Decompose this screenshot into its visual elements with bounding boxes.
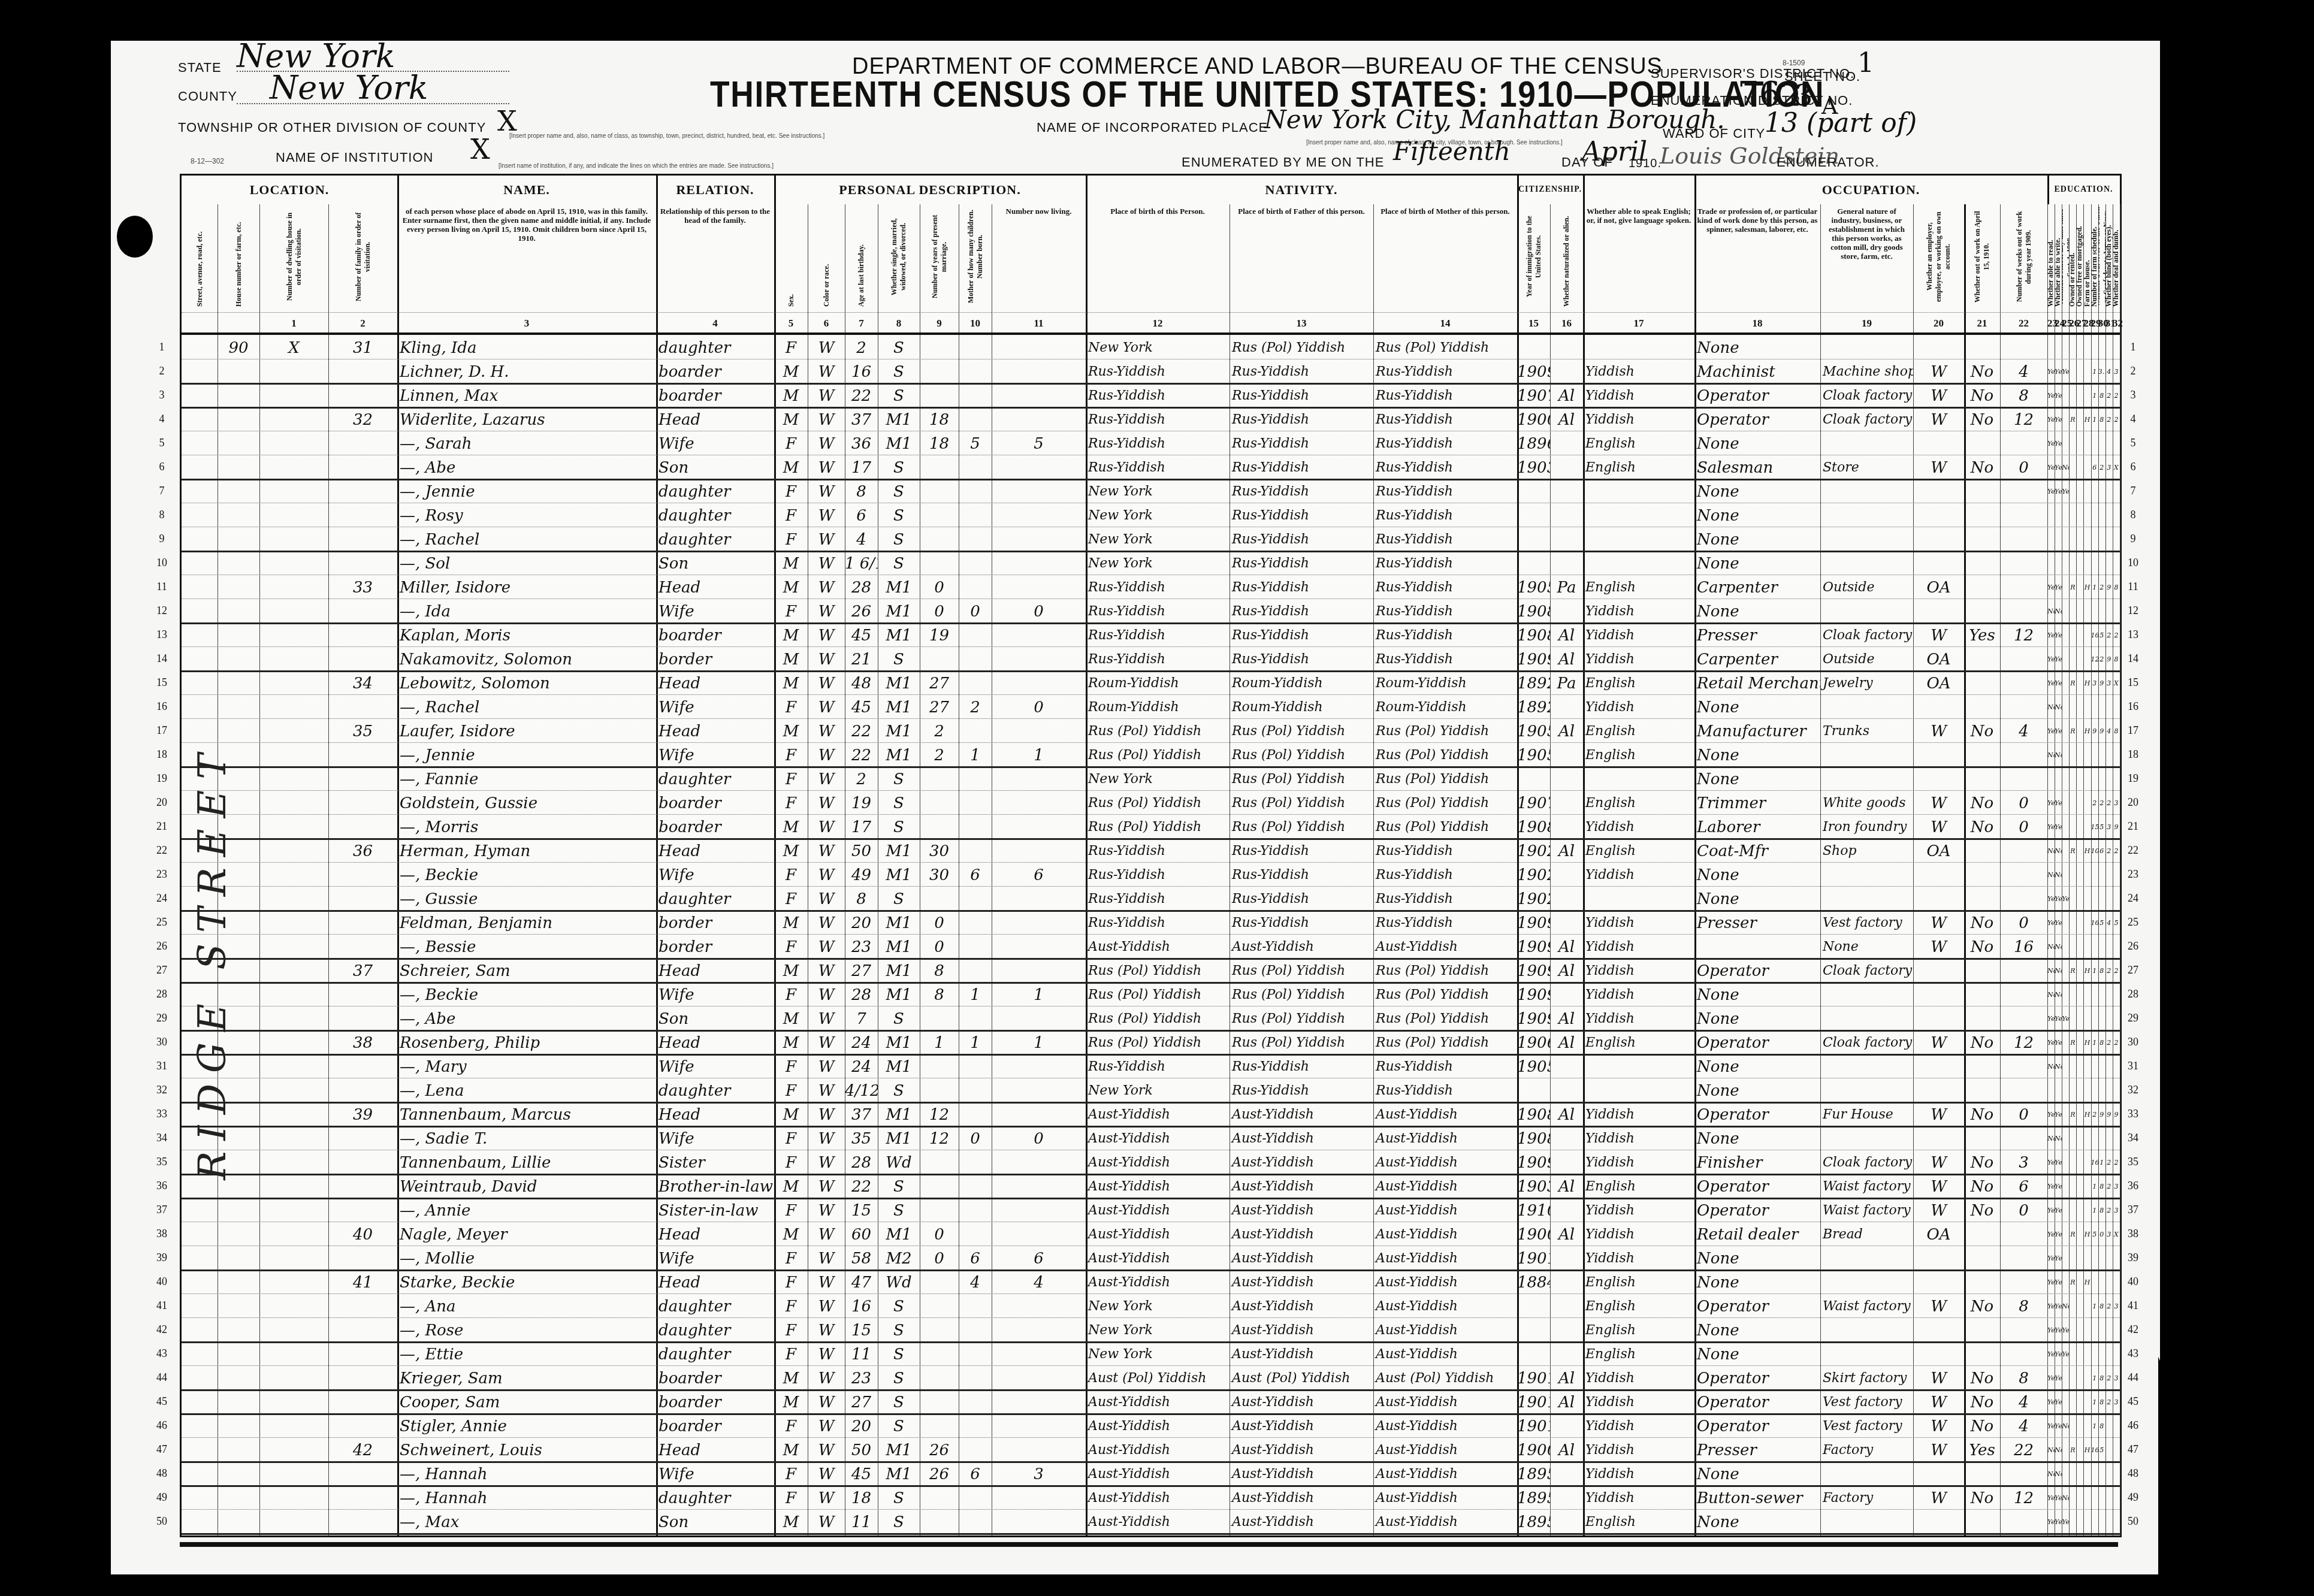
cell-sched: 1: [2091, 383, 2098, 407]
cell-c31: 2: [2105, 838, 2113, 862]
cell-ind: Factory: [1820, 1437, 1913, 1461]
cell-farm: [2084, 1198, 2091, 1222]
column-header-text: Whether blind (both eyes).: [2105, 204, 2113, 309]
cell-farm: [2084, 1150, 2091, 1174]
cell-yrs: [920, 1485, 959, 1509]
cell-read: Yes: [2047, 1030, 2055, 1054]
cell-sched: 12: [2091, 646, 2098, 670]
cell-yrs: 0: [920, 934, 959, 958]
cell-out: [1964, 479, 2000, 503]
cell-own: [2069, 742, 2076, 766]
cell-lang: [1583, 503, 1694, 527]
cell-farm: [2084, 886, 2091, 910]
cell-relation: Wife: [656, 742, 774, 766]
cell-relation: border: [656, 910, 774, 934]
cell-write: Yes: [2055, 910, 2062, 934]
cell-write: Yes: [2055, 670, 2062, 694]
cell-occ: Carpenter: [1694, 575, 1820, 598]
cell-born: [959, 383, 992, 407]
cell-own: [2069, 598, 2076, 622]
cell-nat: [1550, 1341, 1583, 1365]
cell-marital: M1: [878, 407, 920, 431]
cell-family: [328, 527, 397, 551]
cell-dwelling: [259, 1054, 328, 1078]
cell-free: [2076, 766, 2083, 790]
cell-street: [182, 551, 217, 575]
line-number-left: 31: [150, 1060, 174, 1072]
cell-pob_f: Aust-Yiddish: [1229, 1102, 1373, 1126]
cell-pob_m: Rus-Yiddish: [1373, 646, 1517, 670]
cell-ind: Store: [1820, 455, 1913, 479]
cell-pob: New York: [1086, 479, 1229, 503]
cell-born: [959, 886, 992, 910]
cell-c30: 5: [2098, 1437, 2105, 1461]
cell-relation: boarder: [656, 383, 774, 407]
line-number-right: 13: [2121, 628, 2145, 641]
form-code: 8-12—302: [191, 157, 224, 165]
cell-write: Yes: [2055, 622, 2062, 646]
cell-write: Yes: [2055, 790, 2062, 814]
cell-c31: [2105, 479, 2113, 503]
cell-pob_f: Aust-Yiddish: [1229, 1126, 1373, 1150]
line-number-left: 5: [150, 437, 174, 449]
cell-farm: [2084, 982, 2091, 1006]
cell-ind: Vest factory: [1820, 1413, 1913, 1437]
state-label: STATE: [178, 60, 222, 75]
table-row: Tannenbaum, LillieSisterFW28WdAust-Yiddi…: [182, 1150, 2120, 1175]
cell-yrs: [920, 1198, 959, 1222]
cell-house: [217, 1413, 259, 1437]
cell-street: [182, 694, 217, 718]
cell-race: W: [808, 1030, 845, 1054]
cell-out: No: [1964, 1030, 2000, 1054]
cell-name: Herman, Hyman: [397, 838, 656, 862]
cell-school: [2062, 1246, 2069, 1269]
cell-age: 11: [845, 1341, 878, 1365]
cell-school: Yes: [2062, 479, 2069, 503]
cell-lang: Yiddish: [1583, 982, 1694, 1006]
cell-nat: [1550, 982, 1583, 1006]
cell-yrs: 18: [920, 407, 959, 431]
column-header-text: Street, avenue, road, etc.: [182, 204, 217, 309]
cell-pob_m: Aust-Yiddish: [1373, 1485, 1517, 1509]
cell-born: [959, 407, 992, 431]
cell-name: Feldman, Benjamin: [397, 910, 656, 934]
cell-ind: [1820, 766, 1913, 790]
cell-occ: Operator: [1694, 958, 1820, 982]
cell-sex: M: [774, 838, 808, 862]
line-number-left: 12: [150, 604, 174, 617]
cell-imm: [1517, 1317, 1550, 1341]
cell-farm: [2084, 814, 2091, 838]
cell-street: [182, 479, 217, 503]
cell-sched: 1: [2091, 1413, 2098, 1437]
cell-pob_f: Aust-Yiddish: [1229, 1174, 1373, 1198]
cell-school: [2062, 503, 2069, 527]
cell-sched: 1: [2091, 575, 2098, 598]
table-row: —, RosedaughterFW15SNew YorkAust-Yiddish…: [182, 1317, 2120, 1343]
cell-farm: H: [2084, 1269, 2091, 1293]
cell-out: [1964, 1269, 2000, 1293]
cell-relation: boarder: [656, 359, 774, 383]
cell-born: [959, 934, 992, 958]
cell-sched: [2091, 335, 2098, 359]
cell-farm: [2084, 359, 2091, 383]
cell-pob_m: Rus-Yiddish: [1373, 407, 1517, 431]
cell-c31: 2: [2105, 407, 2113, 431]
cell-out: [1964, 1126, 2000, 1150]
cell-own: [2069, 503, 2076, 527]
line-number-left: 40: [150, 1275, 174, 1288]
cell-own: R: [2069, 958, 2076, 982]
cell-emp: W: [1913, 790, 1964, 814]
cell-out: [1964, 982, 2000, 1006]
line-number-right: 12: [2121, 604, 2145, 617]
cell-lang: Yiddish: [1583, 622, 1694, 646]
cell-sex: M: [774, 575, 808, 598]
cell-family: [328, 598, 397, 622]
cell-c30: 8: [2098, 1413, 2105, 1437]
cell-out: No: [1964, 1365, 2000, 1389]
cell-emp: W: [1913, 359, 1964, 383]
table-row: 39Tannenbaum, MarcusHeadMW37M112Aust-Yid…: [182, 1102, 2120, 1128]
cell-family: 31: [328, 335, 397, 359]
cell-emp: [1913, 862, 1964, 886]
cell-family: [328, 1341, 397, 1365]
line-number-right: 25: [2121, 916, 2145, 929]
cell-nat: Pa: [1550, 670, 1583, 694]
cell-marital: M1: [878, 982, 920, 1006]
cell-school: Yes: [2062, 1509, 2069, 1533]
cell-nat: Al: [1550, 1222, 1583, 1246]
cell-read: Yes: [2047, 1389, 2055, 1413]
cell-pob_f: Aust-Yiddish: [1229, 934, 1373, 958]
cell-born: [959, 1006, 992, 1030]
cell-own: [2069, 1198, 2076, 1222]
cell-own: R: [2069, 718, 2076, 742]
cell-ind: [1820, 1006, 1913, 1030]
cell-imm: 1907: [1517, 383, 1550, 407]
column-number: 14: [1373, 312, 1517, 334]
cell-born: [959, 1078, 992, 1102]
cell-free: [2076, 1126, 2083, 1150]
cell-yrs: 18: [920, 431, 959, 455]
cell-own: [2069, 527, 2076, 551]
cell-read: Yes: [2047, 479, 2055, 503]
cell-c31: [2105, 335, 2113, 359]
cell-write: No: [2055, 742, 2062, 766]
cell-farm: H: [2084, 838, 2091, 862]
cell-write: Yes: [2055, 1389, 2062, 1413]
cell-sched: [2091, 1317, 2098, 1341]
cell-family: [328, 359, 397, 383]
cell-yrs: [920, 1054, 959, 1078]
line-number-left: 4: [150, 413, 174, 425]
cell-race: W: [808, 503, 845, 527]
cell-born: [959, 814, 992, 838]
cell-occ: None: [1694, 766, 1820, 790]
line-number-right: 20: [2121, 796, 2145, 809]
table-row: —, AbeSonMW17SRus-YiddishRus-YiddishRus-…: [182, 455, 2120, 480]
cell-family: [328, 790, 397, 814]
cell-age: 24: [845, 1054, 878, 1078]
cell-street: [182, 1222, 217, 1246]
cell-house: [217, 527, 259, 551]
cell-pob_m: Rus (Pol) Yiddish: [1373, 982, 1517, 1006]
cell-c30: [2098, 766, 2105, 790]
cell-free: [2076, 1006, 2083, 1030]
cell-living: [992, 1317, 1086, 1341]
cell-sex: M: [774, 1174, 808, 1198]
cell-pob_m: Roum-Yiddish: [1373, 694, 1517, 718]
cell-lang: Yiddish: [1583, 1461, 1694, 1485]
cell-name: —, Beckie: [397, 862, 656, 886]
cell-pob_m: Aust-Yiddish: [1373, 1126, 1517, 1150]
cell-dwelling: [259, 1078, 328, 1102]
cell-house: [217, 1509, 259, 1533]
cell-imm: 1901: [1517, 1246, 1550, 1269]
cell-c32: [2113, 1006, 2120, 1030]
cell-nat: [1550, 742, 1583, 766]
cell-ind: Jewelry: [1820, 670, 1913, 694]
cell-living: [992, 527, 1086, 551]
cell-c30: [2098, 479, 2105, 503]
line-number-left: 20: [150, 796, 174, 809]
line-number-right: 11: [2121, 581, 2145, 593]
cell-own: [2069, 934, 2076, 958]
cell-out: No: [1964, 934, 2000, 958]
cell-out: [1964, 551, 2000, 575]
cell-read: Yes: [2047, 383, 2055, 407]
cell-free: [2076, 1317, 2083, 1341]
cell-ind: Cloak factory: [1820, 958, 1913, 982]
cell-house: [217, 718, 259, 742]
table-row: —, MaxSonMW11SAust-YiddishAust-YiddishAu…: [182, 1509, 2120, 1535]
cell-read: Yes: [2047, 1509, 2055, 1533]
cell-family: [328, 1317, 397, 1341]
cell-write: No: [2055, 1126, 2062, 1150]
cell-born: [959, 455, 992, 479]
line-number-right: 21: [2121, 820, 2145, 833]
cell-marital: S: [878, 455, 920, 479]
street-name: RIDGE STREET: [191, 743, 235, 1180]
cell-read: Yes: [2047, 814, 2055, 838]
cell-race: W: [808, 1293, 845, 1317]
cell-street: [182, 1461, 217, 1485]
cell-out: No: [1964, 1293, 2000, 1317]
cell-imm: 1903: [1517, 1174, 1550, 1198]
cell-emp: [1913, 1341, 1964, 1365]
cell-ind: [1820, 551, 1913, 575]
cell-c32: [2113, 1126, 2120, 1150]
cell-race: W: [808, 479, 845, 503]
cell-nat: [1550, 1461, 1583, 1485]
cell-pob_m: Rus-Yiddish: [1373, 383, 1517, 407]
cell-c32: [2113, 742, 2120, 766]
cell-read: No: [2047, 838, 2055, 862]
cell-nat: [1550, 694, 1583, 718]
cell-c31: [2105, 1246, 2113, 1269]
cell-nat: [1550, 1198, 1583, 1222]
cell-marital: M1: [878, 742, 920, 766]
cell-wks: [2000, 1461, 2047, 1485]
cell-write: Yes: [2055, 455, 2062, 479]
cell-c32: [2113, 1269, 2120, 1293]
cell-emp: [1913, 598, 1964, 622]
cell-write: Yes: [2055, 407, 2062, 431]
cell-write: No: [2055, 1054, 2062, 1078]
cell-nat: [1550, 335, 1583, 359]
cell-name: Miller, Isidore: [397, 575, 656, 598]
line-number-left: 23: [150, 868, 174, 881]
cell-c32: 3: [2113, 790, 2120, 814]
column-header-text: Whether naturalized or alien.: [1550, 204, 1583, 309]
line-number-right: 23: [2121, 868, 2145, 881]
cell-lang: English: [1583, 742, 1694, 766]
cell-imm: 1903: [1517, 455, 1550, 479]
cell-race: W: [808, 790, 845, 814]
cell-street: [182, 1293, 217, 1317]
cell-c32: [2113, 527, 2120, 551]
cell-school: [2062, 646, 2069, 670]
cell-race: W: [808, 1222, 845, 1246]
table-row: 38Rosenberg, PhilipHeadMW24M1111Rus (Pol…: [182, 1030, 2120, 1056]
cell-house: [217, 1269, 259, 1293]
cell-write: Yes: [2055, 1341, 2062, 1365]
cell-pob_m: Aust-Yiddish: [1373, 1341, 1517, 1365]
cell-family: [328, 1198, 397, 1222]
cell-nat: Al: [1550, 383, 1583, 407]
cell-school: [2062, 1054, 2069, 1078]
cell-race: W: [808, 934, 845, 958]
cell-wks: 0: [2000, 814, 2047, 838]
cell-lang: Yiddish: [1583, 1389, 1694, 1413]
cell-out: No: [1964, 1389, 2000, 1413]
cell-age: 4: [845, 527, 878, 551]
column-number: 13: [1229, 312, 1373, 334]
cell-pob: Rus (Pol) Yiddish: [1086, 814, 1229, 838]
line-number-right: 7: [2121, 485, 2145, 497]
cell-pob_f: Rus-Yiddish: [1229, 622, 1373, 646]
cell-own: [2069, 814, 2076, 838]
cell-out: [1964, 503, 2000, 527]
cell-free: [2076, 503, 2083, 527]
cell-ind: Vest factory: [1820, 910, 1913, 934]
line-number-right: 44: [2121, 1371, 2145, 1384]
line-number-left: 39: [150, 1252, 174, 1264]
column-number: 12: [1086, 312, 1229, 334]
cell-read: No: [2047, 1126, 2055, 1150]
cell-write: No: [2055, 1461, 2062, 1485]
line-number-left: 13: [150, 628, 174, 641]
cell-dwelling: [259, 1485, 328, 1509]
cell-dwelling: [259, 383, 328, 407]
line-number-left: 34: [150, 1132, 174, 1144]
cell-own: R: [2069, 1030, 2076, 1054]
cell-yrs: 30: [920, 838, 959, 862]
cell-pob_m: Rus-Yiddish: [1373, 551, 1517, 575]
cell-marital: S: [878, 646, 920, 670]
cell-born: [959, 503, 992, 527]
cell-emp: W: [1913, 407, 1964, 431]
table-body: 90X31Kling, IdadaughterFW2SNew YorkRus (…: [182, 332, 2120, 1533]
cell-c31: [2105, 1054, 2113, 1078]
cell-sched: 1: [2091, 1174, 2098, 1198]
cell-marital: S: [878, 1389, 920, 1413]
cell-living: 3: [992, 1461, 1086, 1485]
cell-marital: S: [878, 1293, 920, 1317]
sheet-side: A: [1821, 93, 1838, 119]
cell-relation: boarder: [656, 1413, 774, 1437]
cell-family: [328, 814, 397, 838]
cell-c30: [2098, 742, 2105, 766]
cell-farm: H: [2084, 1102, 2091, 1126]
cell-read: Yes: [2047, 1293, 2055, 1317]
cell-marital: S: [878, 1485, 920, 1509]
cell-pob: Rus-Yiddish: [1086, 598, 1229, 622]
cell-dwelling: [259, 910, 328, 934]
cell-emp: W: [1913, 718, 1964, 742]
cell-name: Schweinert, Louis: [397, 1437, 656, 1461]
cell-dwelling: [259, 1102, 328, 1126]
column-header-text: Number of weeks out of work during year …: [2000, 204, 2047, 309]
cell-write: Yes: [2055, 359, 2062, 383]
cell-street: [182, 335, 217, 359]
table-row: —, HannahdaughterFW18SAust-YiddishAust-Y…: [182, 1485, 2120, 1510]
cell-sex: M: [774, 814, 808, 838]
cell-nat: [1550, 1269, 1583, 1293]
cell-out: [1964, 1006, 2000, 1030]
cell-occ: None: [1694, 335, 1820, 359]
cell-out: No: [1964, 1102, 2000, 1126]
cell-name: Linnen, Max: [397, 383, 656, 407]
cell-name: —, Rosy: [397, 503, 656, 527]
cell-free: [2076, 1293, 2083, 1317]
cell-pob_f: Rus (Pol) Yiddish: [1229, 1006, 1373, 1030]
column-header-text: General nature of industry, business, or…: [1820, 204, 1913, 309]
cell-occ: None: [1694, 742, 1820, 766]
cell-imm: [1517, 335, 1550, 359]
cell-c32: 2: [2113, 1150, 2120, 1174]
cell-pob: Rus-Yiddish: [1086, 407, 1229, 431]
cell-lang: English: [1583, 790, 1694, 814]
cell-yrs: 8: [920, 982, 959, 1006]
line-number-left: 22: [150, 844, 174, 857]
cell-c30: [2098, 982, 2105, 1006]
column-number: 19: [1820, 312, 1913, 334]
cell-pob: Aust-Yiddish: [1086, 1389, 1229, 1413]
cell-lang: English: [1583, 575, 1694, 598]
cell-pob_m: Aust-Yiddish: [1373, 1389, 1517, 1413]
cell-imm: 1895: [1517, 1485, 1550, 1509]
cell-c32: 5: [2113, 910, 2120, 934]
cell-sched: [2091, 766, 2098, 790]
cell-house: [217, 359, 259, 383]
cell-yrs: [920, 1006, 959, 1030]
cell-c30: [2098, 1078, 2105, 1102]
cell-free: [2076, 359, 2083, 383]
cell-farm: [2084, 934, 2091, 958]
cell-sex: M: [774, 1222, 808, 1246]
cell-occ: Operator: [1694, 1102, 1820, 1126]
cell-age: 2: [845, 766, 878, 790]
cell-free: [2076, 407, 2083, 431]
cell-age: 27: [845, 1389, 878, 1413]
cell-school: No: [2062, 1293, 2069, 1317]
cell-occ: None: [1694, 862, 1820, 886]
cell-c31: 3: [2105, 455, 2113, 479]
cell-sched: [2091, 862, 2098, 886]
